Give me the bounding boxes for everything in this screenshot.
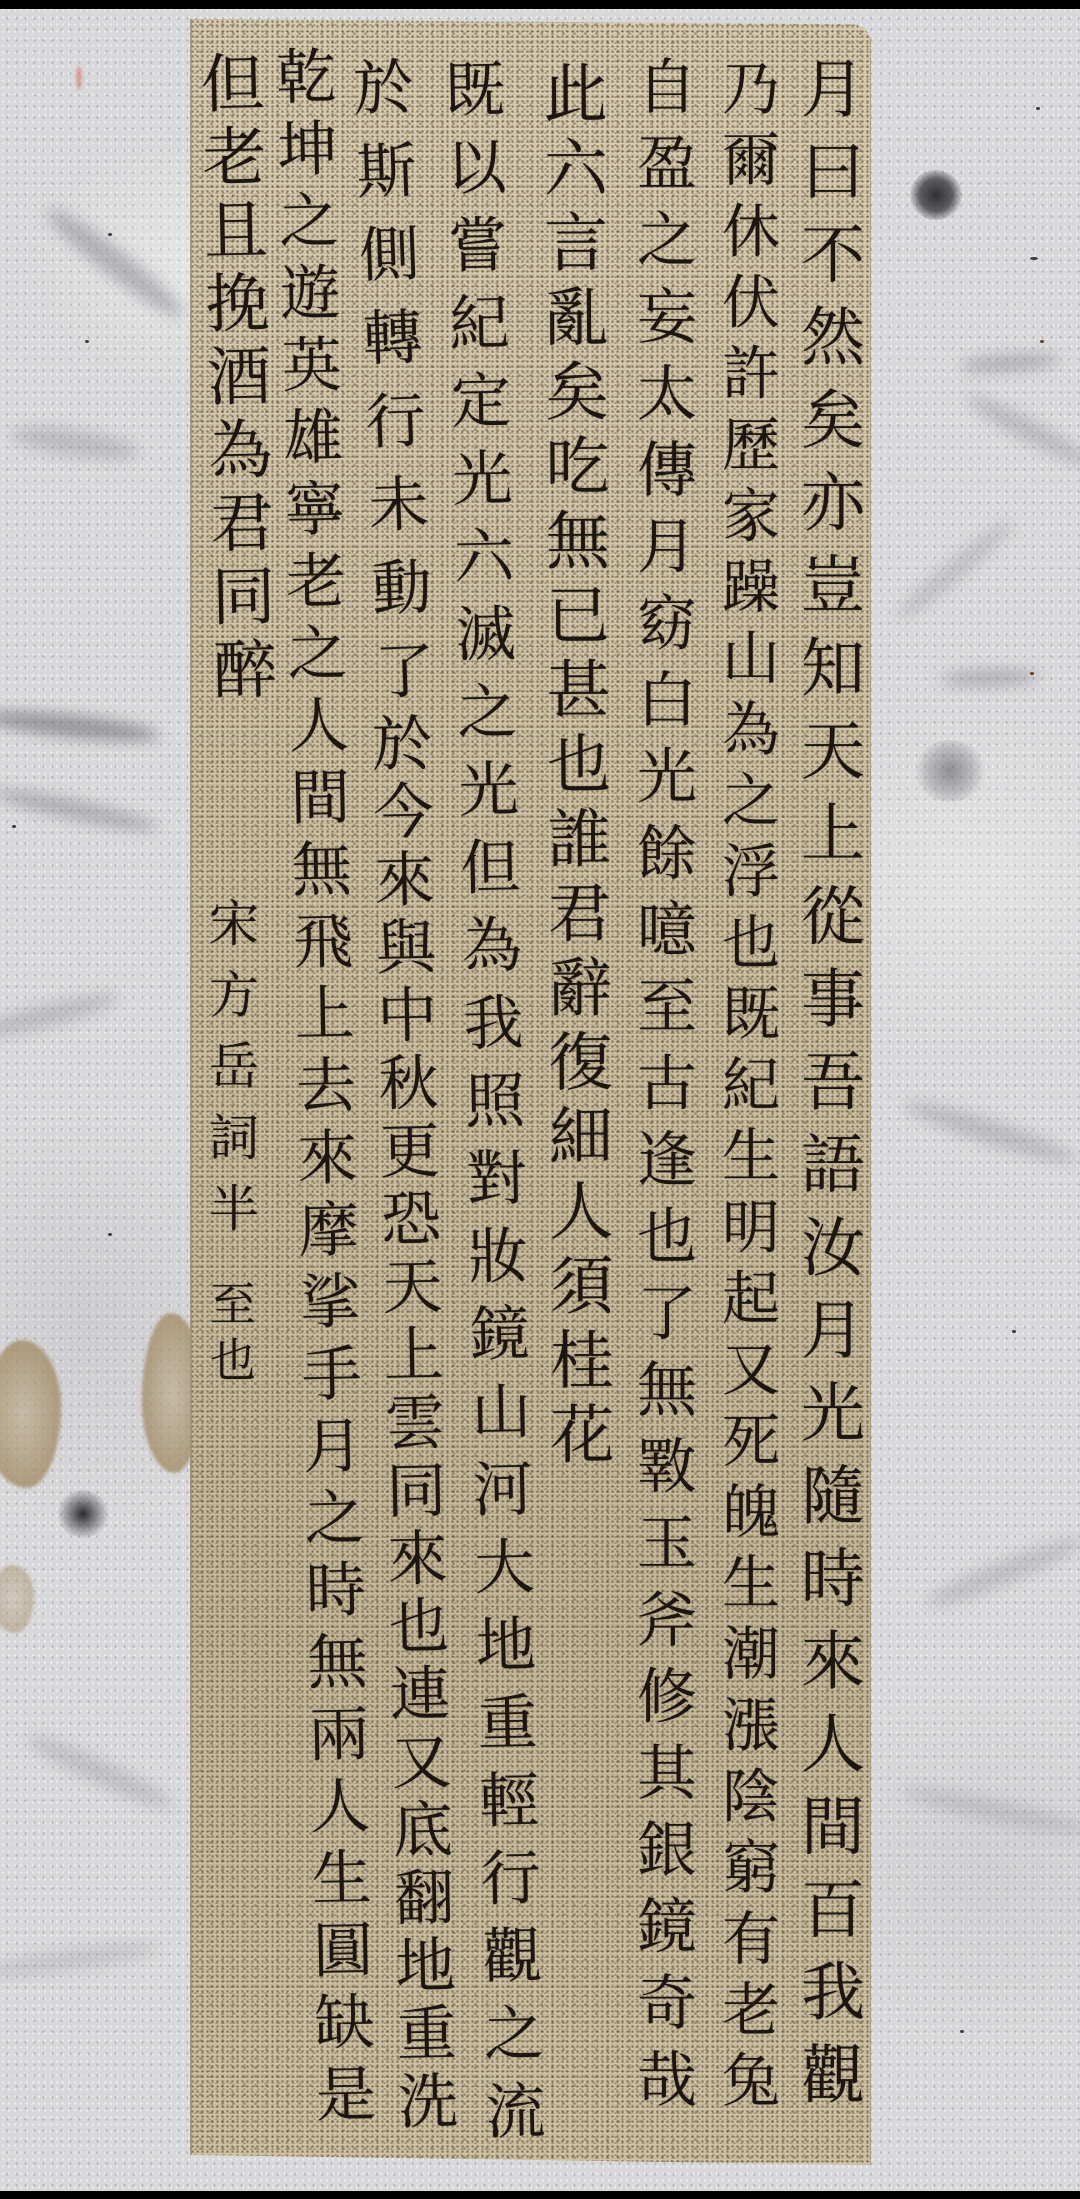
calligraphy-column-8: 但老且挽酒為君同醉 [188, 49, 272, 700]
marble-vein [900, 1780, 1080, 1841]
marble-speck [108, 1233, 112, 1236]
marble-vein [901, 1093, 1080, 1171]
marble-speck [1036, 107, 1040, 110]
marble-speck [1012, 1330, 1016, 1333]
marble-vein [891, 514, 1019, 626]
marble-vein [0, 706, 161, 747]
calligraphy-column-3: 自盈之妄太傳月窈白光餘噫至古逢也了無斁玉斧修其銀鏡奇哉 [624, 55, 692, 2108]
marble-vein [960, 352, 1061, 375]
marble-vein [963, 388, 1080, 473]
marble-vein [40, 200, 190, 325]
top-letterbox-bar [0, 0, 1080, 9]
red-mark [76, 66, 82, 90]
calligraphy-column-4: 此六言亂矣吃無已甚也誰君辭復細人須桂花 [531, 60, 608, 1465]
marble-vein [922, 1529, 1080, 1615]
marble-vein [0, 987, 120, 1045]
marble-vein [0, 783, 160, 838]
inscription-signature: 至也 [201, 1280, 253, 1382]
marble-vein [9, 421, 141, 465]
calligraphy-column-2: 乃爾休伏許歷家躁山為之浮也既紀生明起又死魄生潮漲陰窮有老兔 [709, 58, 775, 2108]
marble-speck [85, 340, 89, 343]
water-stain [0, 1565, 34, 1633]
bottom-letterbox-bar [0, 2191, 1080, 2199]
marble-vein [22, 1727, 177, 1816]
calligraphy-column-1: 月曰不然矣亦豈知天上從事吾語汝月光隨時來人間百我觀 [789, 55, 859, 2105]
marble-speck [960, 2030, 964, 2033]
marble-speck [1030, 672, 1034, 675]
marble-speck [1030, 257, 1038, 260]
marble-speck [1040, 340, 1044, 343]
marble-speck [12, 825, 16, 828]
marble-speck [108, 233, 112, 236]
dark-ink-spot [58, 1490, 108, 1538]
marble-vein [940, 668, 1040, 687]
marble-vein [0, 1938, 161, 1983]
grey-smudge [915, 740, 985, 802]
dark-ink-spot [910, 170, 962, 220]
water-stain [0, 1340, 61, 1488]
inscription-attribution: 宋方岳詞半 [199, 897, 255, 1232]
